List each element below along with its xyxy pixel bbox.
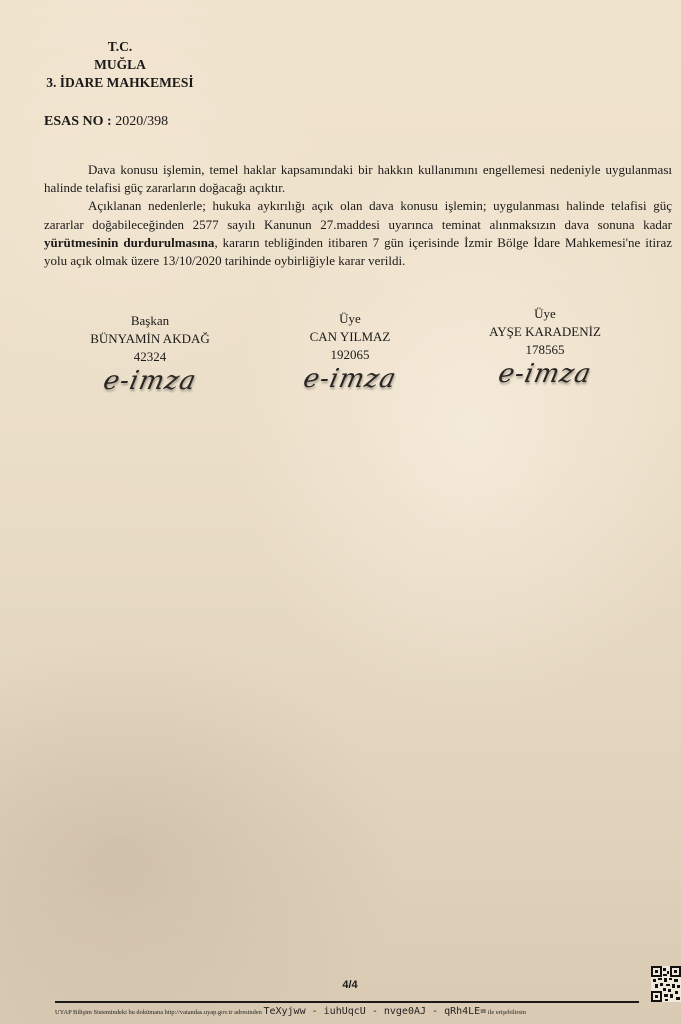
case-number-value: 2020/398: [115, 114, 168, 129]
paragraph-reasoning: Dava konusu işlemin, temel haklar kapsam…: [44, 161, 672, 197]
footer-suffix: ile erişebilirsin: [488, 1009, 526, 1016]
decision-text: Dava konusu işlemin, temel haklar kapsam…: [44, 161, 672, 270]
case-number: ESAS NO : 2020/398: [44, 114, 168, 130]
signature-president: Başkan BÜNYAMİN AKDAĞ 42324 e-imza: [50, 312, 250, 390]
signature-member-1: Üye CAN YILMAZ 192065 e-imza: [250, 310, 450, 388]
signature-id: 42324: [50, 348, 250, 366]
header-line-court: 3. İDARE MAHKEMESİ: [40, 74, 200, 92]
case-number-label: ESAS NO :: [44, 114, 112, 129]
signature-id: 178565: [445, 341, 645, 359]
signature-role: Başkan: [50, 312, 250, 330]
e-signature-stamp: e-imza: [443, 365, 647, 383]
signature-member-2: Üye AYŞE KARADENİZ 178565 e-imza: [445, 305, 645, 383]
footer-verification: UYAP Bilişim Sistemindeki bu dokümana ht…: [55, 1006, 655, 1017]
header-line-city: MUĞLA: [40, 56, 200, 74]
decision-emphasis: yürütmesinin durdurulmasına: [44, 235, 214, 250]
signature-id: 192065: [250, 346, 450, 364]
signature-name: CAN YILMAZ: [250, 328, 450, 346]
court-header: T.C. MUĞLA 3. İDARE MAHKEMESİ: [40, 38, 200, 92]
signature-name: AYŞE KARADENİZ: [445, 323, 645, 341]
footer-divider: [55, 1001, 639, 1003]
paragraph-decision: Açıklanan nedenlerle; hukuka aykırılığı …: [44, 197, 672, 270]
footer-prefix: UYAP Bilişim Sistemindeki bu dokümana ht…: [55, 1009, 262, 1016]
page-number: 4/4: [330, 979, 370, 991]
qr-code-icon: [651, 966, 681, 1002]
e-signature-stamp: e-imza: [48, 372, 252, 390]
signature-name: BÜNYAMİN AKDAĞ: [50, 330, 250, 348]
header-line-tc: T.C.: [40, 38, 200, 56]
e-signature-stamp: e-imza: [248, 370, 452, 388]
verification-code: TeXyjww - iuhUqcU - nvge0AJ - qRh4LE=: [263, 1006, 486, 1017]
signature-role: Üye: [445, 305, 645, 323]
document-page: T.C. MUĞLA 3. İDARE MAHKEMESİ ESAS NO : …: [0, 0, 681, 1024]
signature-role: Üye: [250, 310, 450, 328]
